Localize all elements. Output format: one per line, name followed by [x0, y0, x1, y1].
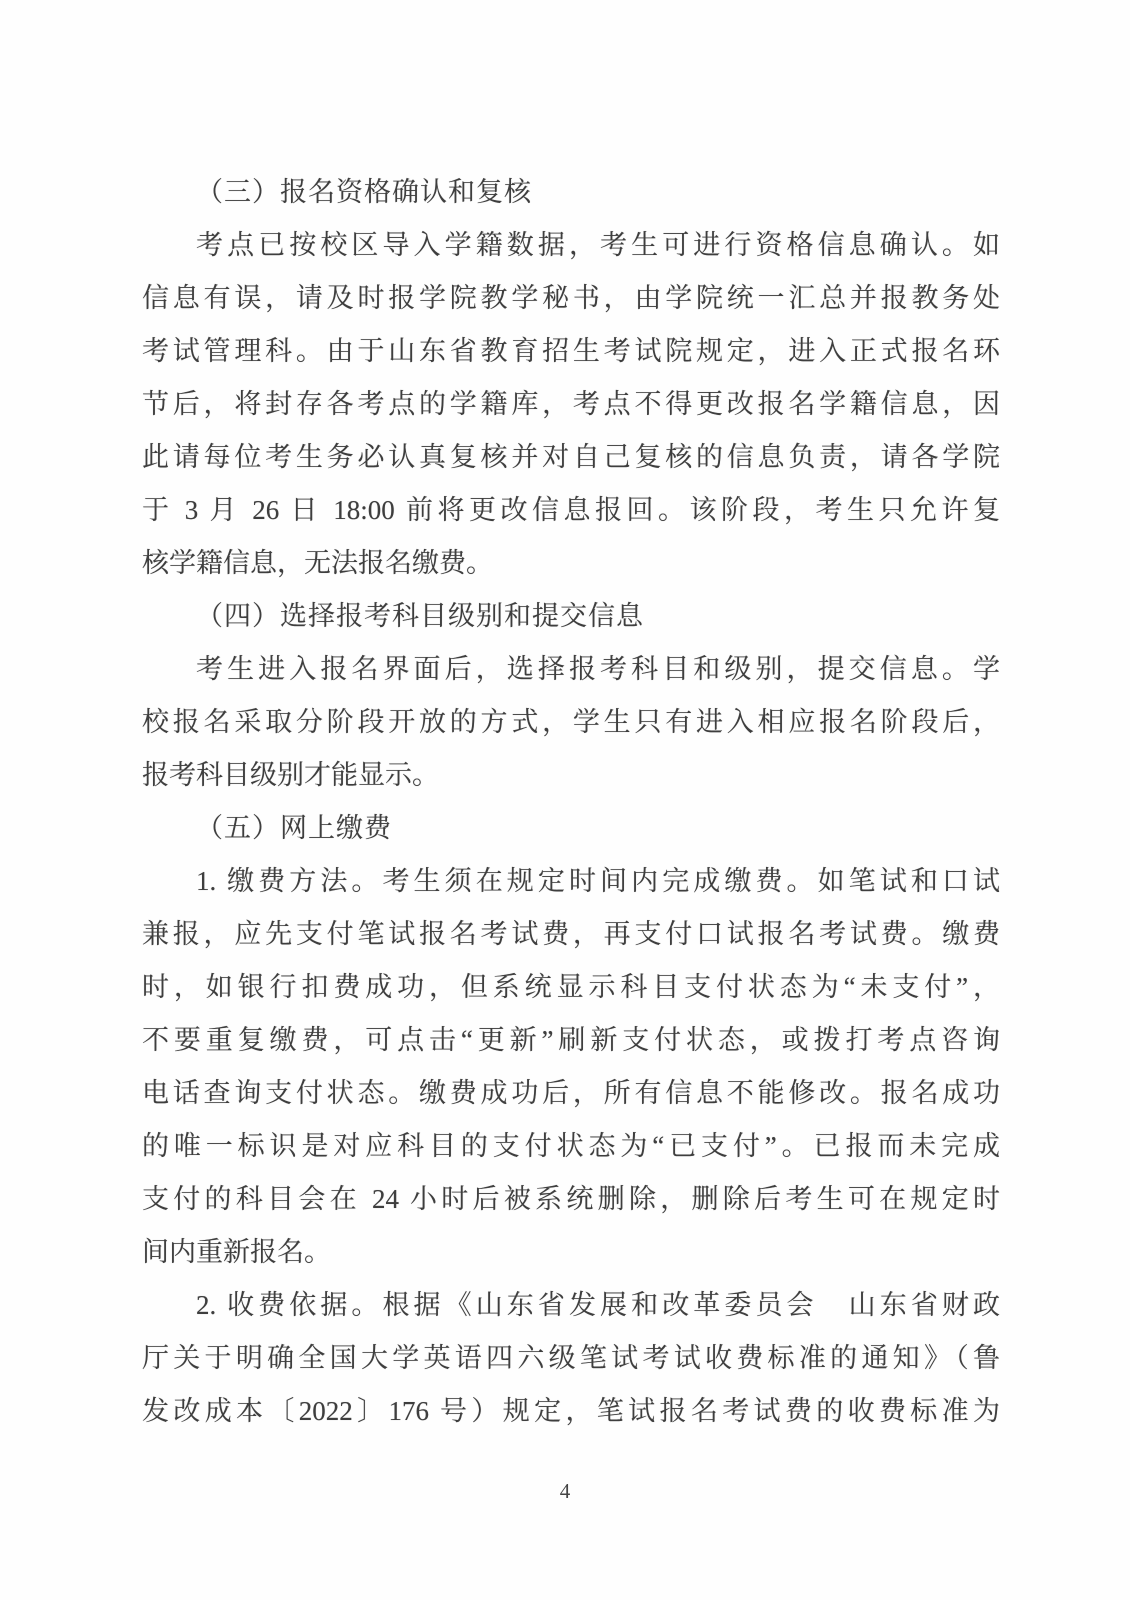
paragraph-line: 2. 收费依据。根据《山东省发展和改革委员会 山东省财政 — [142, 1279, 1000, 1332]
page-number: 4 — [0, 1476, 1130, 1506]
paragraph-line: 此请每位考生务必认真复核并对自己复核的信息负责，请各学院 — [142, 431, 1000, 484]
paragraph-line: 厅关于明确全国大学英语四六级笔试考试收费标准的通知》（鲁 — [142, 1332, 1000, 1385]
paragraph-line: 间内重新报名。 — [142, 1226, 1000, 1279]
paragraph-line: 考试管理科。由于山东省教育招生考试院规定，进入正式报名环 — [142, 325, 1000, 378]
paragraph-line: 考点已按校区导入学籍数据，考生可进行资格信息确认。如 — [142, 219, 1000, 272]
document-page: （三）报名资格确认和复核 考点已按校区导入学籍数据，考生可进行资格信息确认。如 … — [0, 0, 1130, 1600]
paragraph-line: 校报名采取分阶段开放的方式，学生只有进入相应报名阶段后， — [142, 696, 1000, 749]
section-heading-4: （四）选择报考科目级别和提交信息 — [142, 590, 1000, 643]
paragraph-line: 电话查询支付状态。缴费成功后，所有信息不能修改。报名成功 — [142, 1067, 1000, 1120]
section-heading-3: （三）报名资格确认和复核 — [142, 166, 1000, 219]
paragraph-line: 1. 缴费方法。考生须在规定时间内完成缴费。如笔试和口试 — [142, 855, 1000, 908]
paragraph-line: 报考科目级别才能显示。 — [142, 749, 1000, 802]
paragraph-line: 支付的科目会在 24 小时后被系统删除，删除后考生可在规定时 — [142, 1173, 1000, 1226]
paragraph-line: 的唯一标识是对应科目的支付状态为“已支付”。已报而未完成 — [142, 1120, 1000, 1173]
paragraph-line: 发改成本〔2022〕176 号）规定，笔试报名考试费的收费标准为 — [142, 1385, 1000, 1438]
document-text-block: （三）报名资格确认和复核 考点已按校区导入学籍数据，考生可进行资格信息确认。如 … — [142, 166, 1000, 1438]
paragraph-line: 信息有误，请及时报学院教学秘书，由学院统一汇总并报教务处 — [142, 272, 1000, 325]
section-heading-5: （五）网上缴费 — [142, 802, 1000, 855]
paragraph-line: 兼报，应先支付笔试报名考试费，再支付口试报名考试费。缴费 — [142, 908, 1000, 961]
paragraph-line: 考生进入报名界面后，选择报考科目和级别，提交信息。学 — [142, 643, 1000, 696]
paragraph-line: 于 3 月 26 日 18:00 前将更改信息报回。该阶段，考生只允许复 — [142, 484, 1000, 537]
paragraph-line: 不要重复缴费，可点击“更新”刷新支付状态，或拨打考点咨询 — [142, 1014, 1000, 1067]
paragraph-line: 核学籍信息，无法报名缴费。 — [142, 537, 1000, 590]
paragraph-line: 时，如银行扣费成功，但系统显示科目支付状态为“未支付”， — [142, 961, 1000, 1014]
paragraph-line: 节后，将封存各考点的学籍库，考点不得更改报名学籍信息，因 — [142, 378, 1000, 431]
